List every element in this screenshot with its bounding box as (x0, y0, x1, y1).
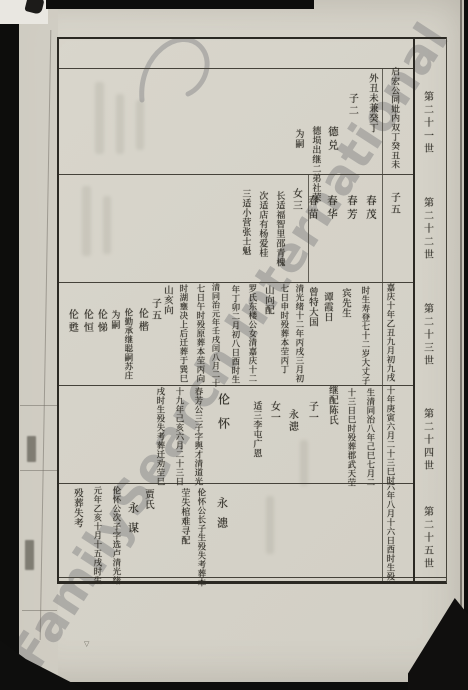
footnote-mark: ▽ (84, 640, 89, 648)
scan-edge-right (464, 0, 468, 690)
text-column: 继配陈氏 (327, 385, 337, 425)
scanned-genealogy-page: FamilySearch International 启宏公同妣内双丁癸丑未外丑… (0, 0, 468, 690)
grid-band-divider (57, 174, 413, 175)
grid-top-border (57, 37, 447, 39)
spine-margin-strip (18, 0, 58, 682)
text-column: 为嗣 (109, 310, 118, 330)
grid-left-border (57, 37, 59, 583)
generation-label: 第二十一世 (421, 91, 432, 156)
text-column: 茔失棺难寻配 (179, 488, 188, 545)
scan-edge-left (0, 0, 19, 690)
page-edge-line (460, 0, 462, 690)
text-column: 适三李屯广恩 (251, 401, 260, 458)
text-column: 伦甦 (66, 309, 76, 335)
text-column: 罗氏东楼公女清嘉庆十二 (247, 284, 256, 383)
text-column: 宾先生 (340, 288, 350, 318)
spine-rule (20, 405, 57, 406)
text-column: 春茂 (365, 195, 376, 222)
text-column: 伦怀公次子字选卢清光绪 (111, 486, 120, 585)
text-column: 女三 (290, 188, 300, 212)
text-column: 子二 (346, 93, 356, 117)
text-column: 永漶 (216, 497, 227, 537)
grid-band-divider (57, 385, 413, 386)
text-column: 外丑未兼癸丁 (367, 73, 377, 133)
margin-column-rule (446, 37, 447, 583)
text-column: 元年乙亥十月十五戌时生 (92, 486, 101, 585)
bleedthrough-smudge (116, 94, 124, 154)
text-column: 伦楷 (136, 308, 146, 334)
text-column: 子五 (149, 298, 159, 322)
text-column: 贾氏 (143, 489, 153, 510)
text-column: 启宏公同妣内双丁癸丑未 (389, 67, 398, 169)
text-column: 嘉庆十年乙丑九月初九戌 (385, 283, 394, 382)
text-column: 时生寿登七十二岁大丈子 (360, 286, 369, 385)
text-column: 伦恒 (81, 309, 91, 335)
text-column: 山向配 (263, 285, 273, 315)
text-column: 春华 (326, 195, 337, 222)
text-column: 时湖壅决上后迁葬于巽巳 (178, 284, 187, 383)
text-column: 生清同治八年己巳七月二 (365, 388, 374, 487)
text-column: 七日午时殁原葬本茔丙向 (195, 284, 204, 383)
grid-band-divider (57, 282, 413, 283)
bleedthrough-smudge (95, 82, 104, 154)
text-column: 春苗 (307, 195, 318, 222)
grid-sub-column-rule (308, 174, 309, 282)
generation-label: 第二十二世 (421, 197, 432, 262)
text-column: 七日申时殁葬本茔丙丁 (279, 284, 288, 374)
text-column: 曾特大国 (307, 287, 317, 327)
bleedthrough-smudge (82, 186, 91, 256)
text-column: 子一 (306, 401, 316, 423)
generation-label: 第二十五世 (421, 506, 432, 571)
scan-edge-top (46, 0, 314, 9)
text-column: 十年庚寅六月二十三巳时 (385, 386, 394, 485)
text-column: 德埙出继二弟社荣 (310, 126, 319, 202)
text-column: 十三日巳时殁葬郡武天茔 (346, 388, 355, 487)
text-column: 次适店有杨爱桂 (257, 191, 266, 258)
text-column: 为嗣 (293, 129, 302, 149)
spine-label-mark (25, 540, 34, 570)
text-column: 春芳公三子字舆才清道光 (193, 387, 202, 486)
text-column: 子五 (388, 192, 398, 216)
spine-rule (20, 470, 57, 471)
text-column: 德兑 (327, 126, 338, 153)
text-column: 清光绪十二年丙戌三月初 (294, 284, 303, 383)
grid-sub-column-rule (382, 68, 383, 581)
text-column: 六年八月十六日酉时生殁 (385, 482, 394, 581)
text-column: 伦悌 (95, 309, 105, 335)
text-column: 殁葬失考 (72, 488, 82, 528)
bleedthrough-smudge (136, 100, 144, 150)
grid-inner-top-rule (57, 68, 413, 69)
spine-label-mark (27, 436, 36, 462)
text-column: 伦怀 (217, 393, 229, 441)
text-column: 山亥向 (162, 285, 172, 315)
bleedthrough-smudge (103, 196, 111, 254)
spine-rule (22, 610, 57, 611)
text-column: 长适福智里邵青槐 (274, 191, 283, 267)
text-column: 清同治元年壬戌闰八月二十 (212, 283, 221, 387)
bleedthrough-smudge (266, 496, 274, 554)
text-column: 戌时生殁失考葬迁劝茔巳 (155, 387, 164, 486)
generation-label: 第二十四世 (421, 408, 432, 473)
text-column: 三适小营张士魁 (240, 189, 249, 256)
text-column: 伦勤承继聪嗣苏庄 (123, 308, 132, 380)
text-column: 女一 (268, 401, 278, 423)
generation-label: 第二十三世 (421, 303, 432, 368)
text-column: 永谋 (127, 502, 138, 542)
bleedthrough-smudge (300, 440, 308, 486)
grid-band-divider (57, 483, 413, 484)
text-column: 年丁卯二月初八日酉时生 (230, 285, 239, 384)
text-column: 永漶 (286, 409, 296, 433)
text-column: 伦怀公长子生殁失考葬本 (196, 488, 205, 587)
text-column: 十九年己亥六月二十三日 (174, 387, 183, 486)
text-column: 谭霞日 (322, 292, 332, 322)
grid-right-border (413, 37, 415, 583)
text-column: 春芳 (346, 195, 357, 222)
